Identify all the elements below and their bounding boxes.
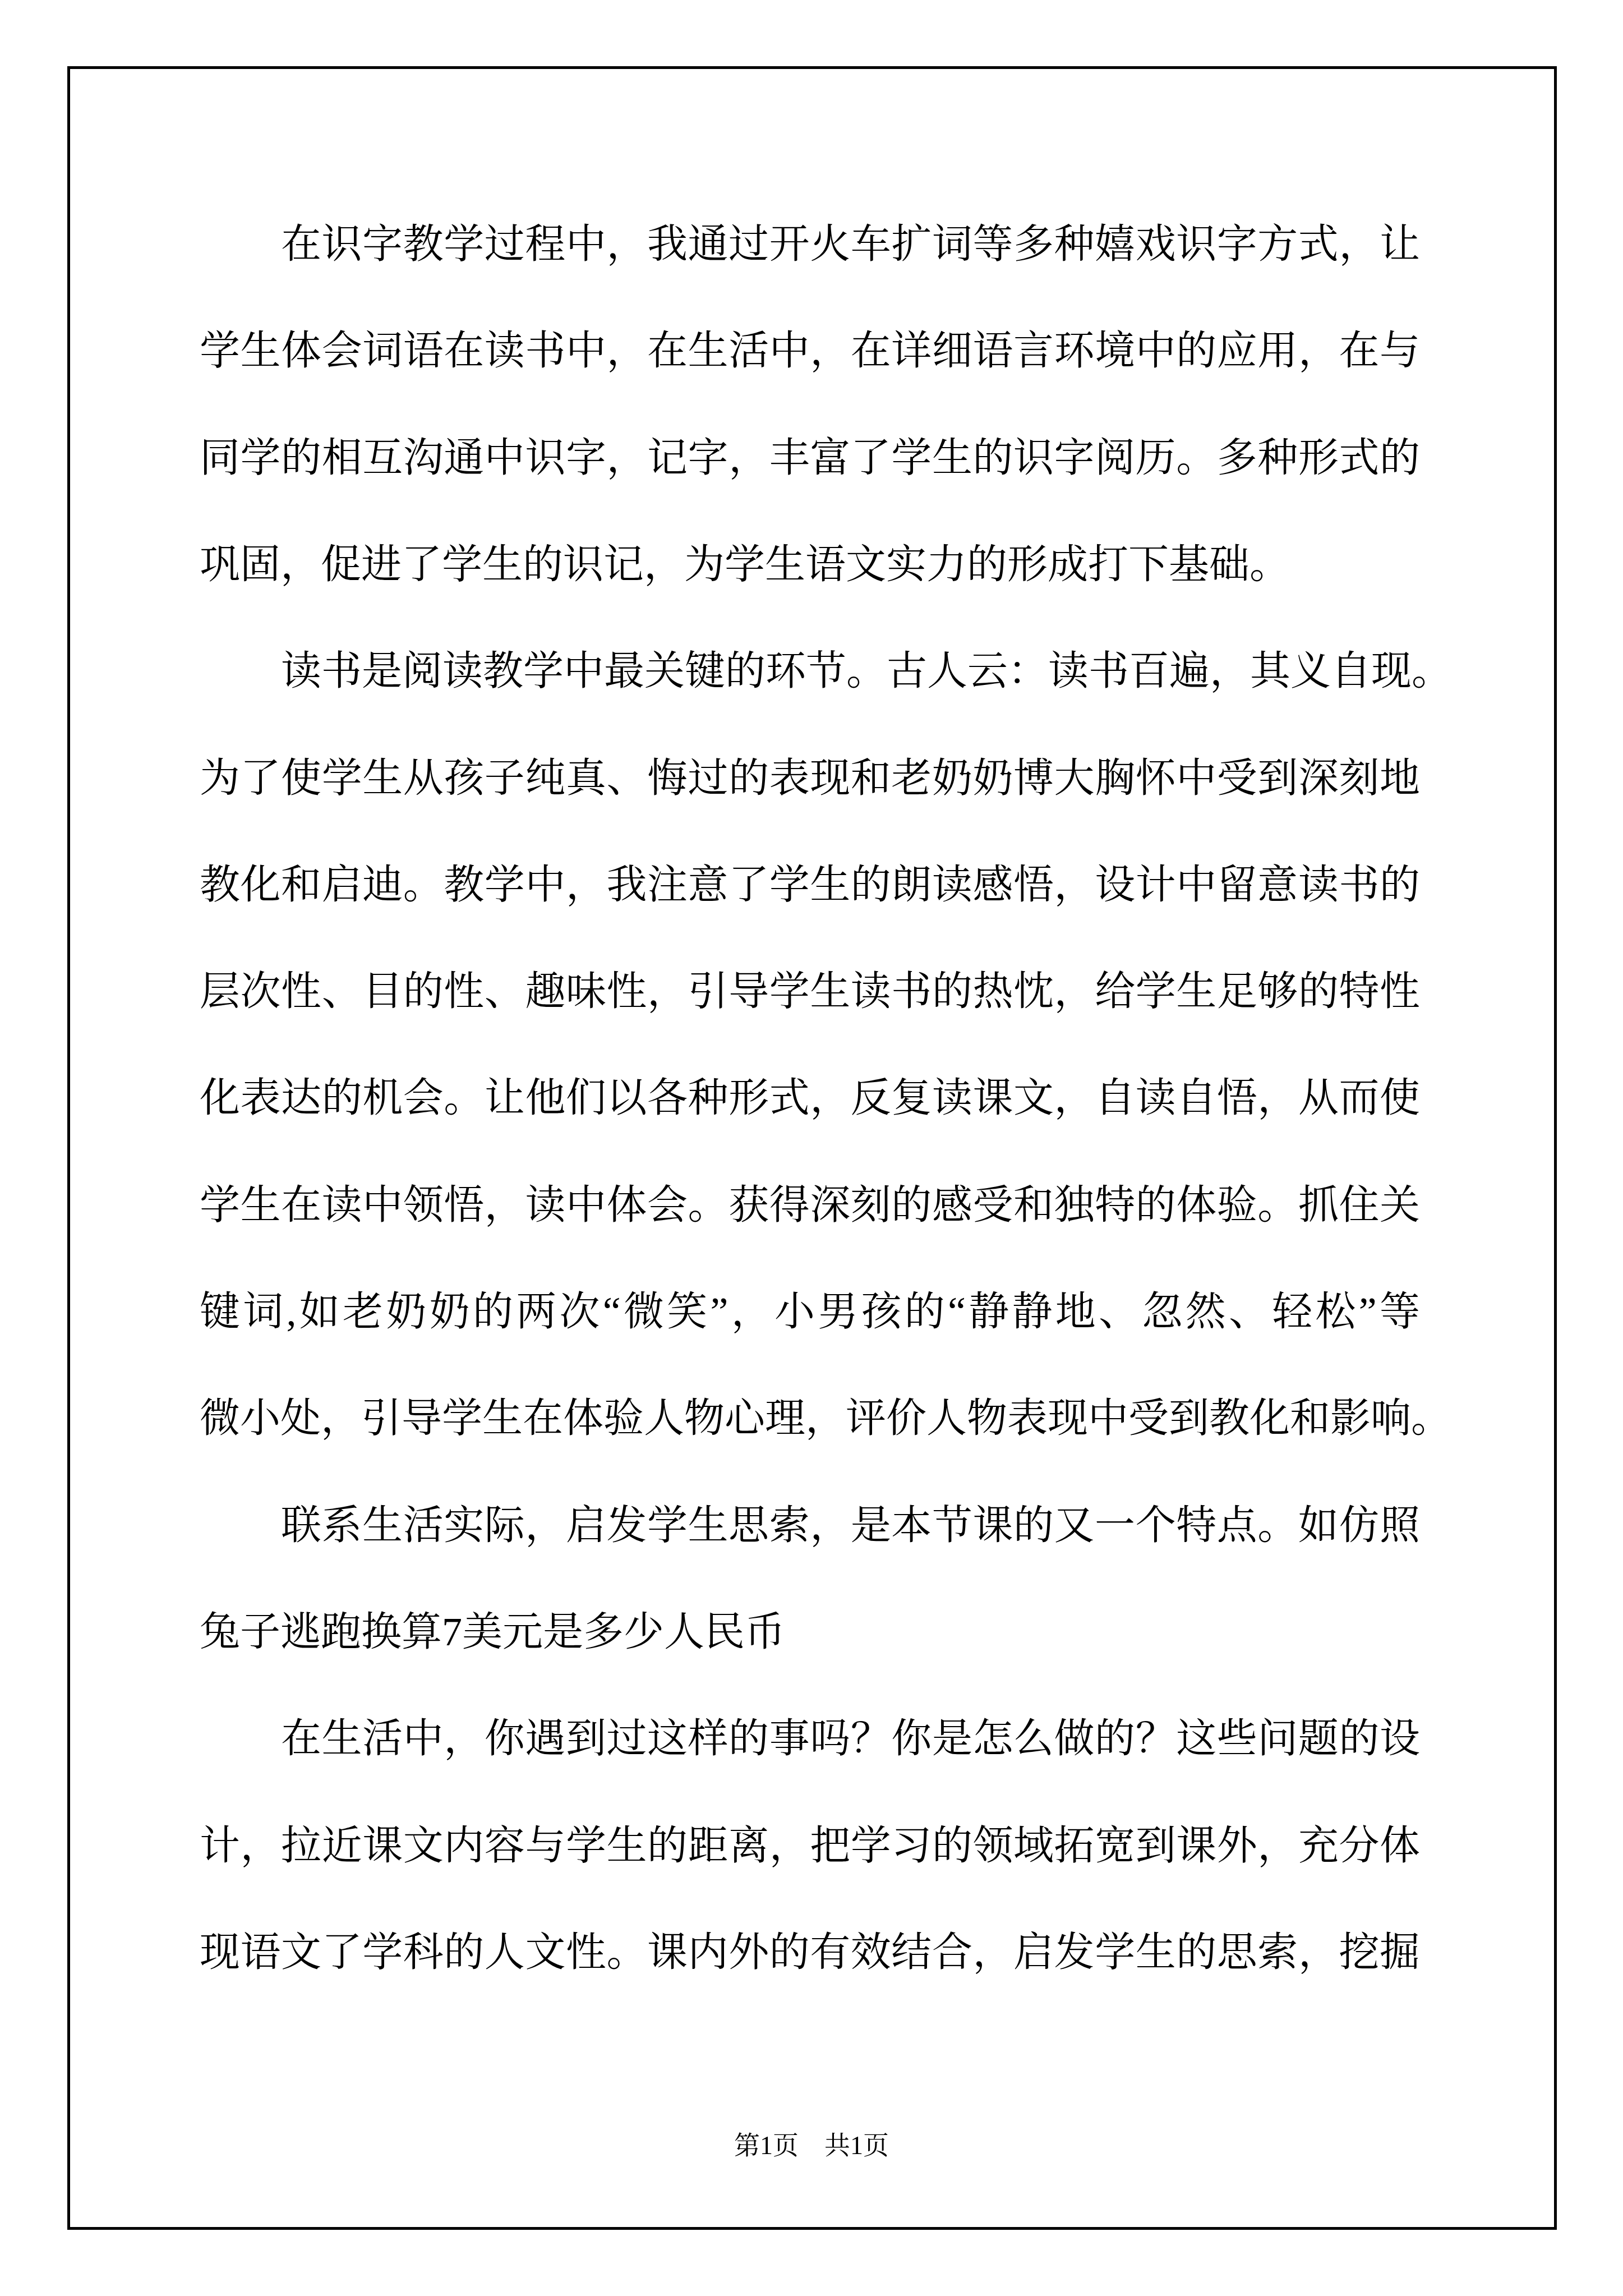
text-line: 联系生活实际，启发学生思索，是本节课的又一个特点。如仿照 xyxy=(200,1505,1420,1545)
text-line: 在生活中，你遇到过这样的事吗？你是怎么做的？这些问题的设 xyxy=(200,1718,1420,1759)
text-line: 在识字教学过程中，我通过开火车扩词等多种嬉戏识字方式，让 xyxy=(200,224,1420,264)
text-line: 层次性、目的性、趣味性，引导学生读书的热忱，给学生足够的特性 xyxy=(200,971,1420,1011)
text-line: 同学的相互沟通中识字，记字，丰富了学生的识字阅历。多种形式的 xyxy=(200,438,1420,478)
text-line: 现语文了学科的人文性。课内外的有效结合，启发学生的思索，挖掘 xyxy=(200,1932,1420,1972)
page-footer: 第1页 共1页 xyxy=(0,2133,1623,2159)
page-number-label: 第1页 共1页 xyxy=(734,2131,889,2160)
text-line: 学生体会词语在读书中，在生活中，在详细语言环境中的应用，在与 xyxy=(200,330,1420,371)
text-line: 教化和启迪。教学中，我注意了学生的朗读感悟，设计中留意读书的 xyxy=(200,864,1420,905)
text-line: 键词,如老奶奶的两次“微笑”，小男孩的“静静地、忽然、轻松”等 xyxy=(200,1291,1420,1332)
text-line: 为了使学生从孩子纯真、悔过的表现和老奶奶博大胸怀中受到深刻地 xyxy=(200,758,1420,798)
page-border-frame xyxy=(67,66,1557,2230)
document-page: 在识字教学过程中，我通过开火车扩词等多种嬉戏识字方式，让学生体会词语在读书中，在… xyxy=(0,0,1623,2296)
text-line: 读书是阅读教学中最关键的环节。古人云：读书百遍，其义自现。 xyxy=(200,651,1420,691)
text-line: 巩固，促进了学生的识记，为学生语文实力的形成打下基础。 xyxy=(200,544,1420,585)
text-line: 化表达的机会。让他们以各种形式，反复读课文，自读自悟，从而使 xyxy=(200,1078,1420,1118)
text-line: 兔子逃跑换算7美元是多少人民币 xyxy=(200,1612,1420,1652)
text-line: 学生在读中领悟，读中体会。获得深刻的感受和独特的体验。抓住关 xyxy=(200,1185,1420,1225)
text-line: 计，拉近课文内容与学生的距离，把学习的领域拓宽到课外，充分体 xyxy=(200,1825,1420,1866)
text-line: 微小处，引导学生在体验人物心理，评价人物表现中受到教化和影响。 xyxy=(200,1398,1420,1438)
